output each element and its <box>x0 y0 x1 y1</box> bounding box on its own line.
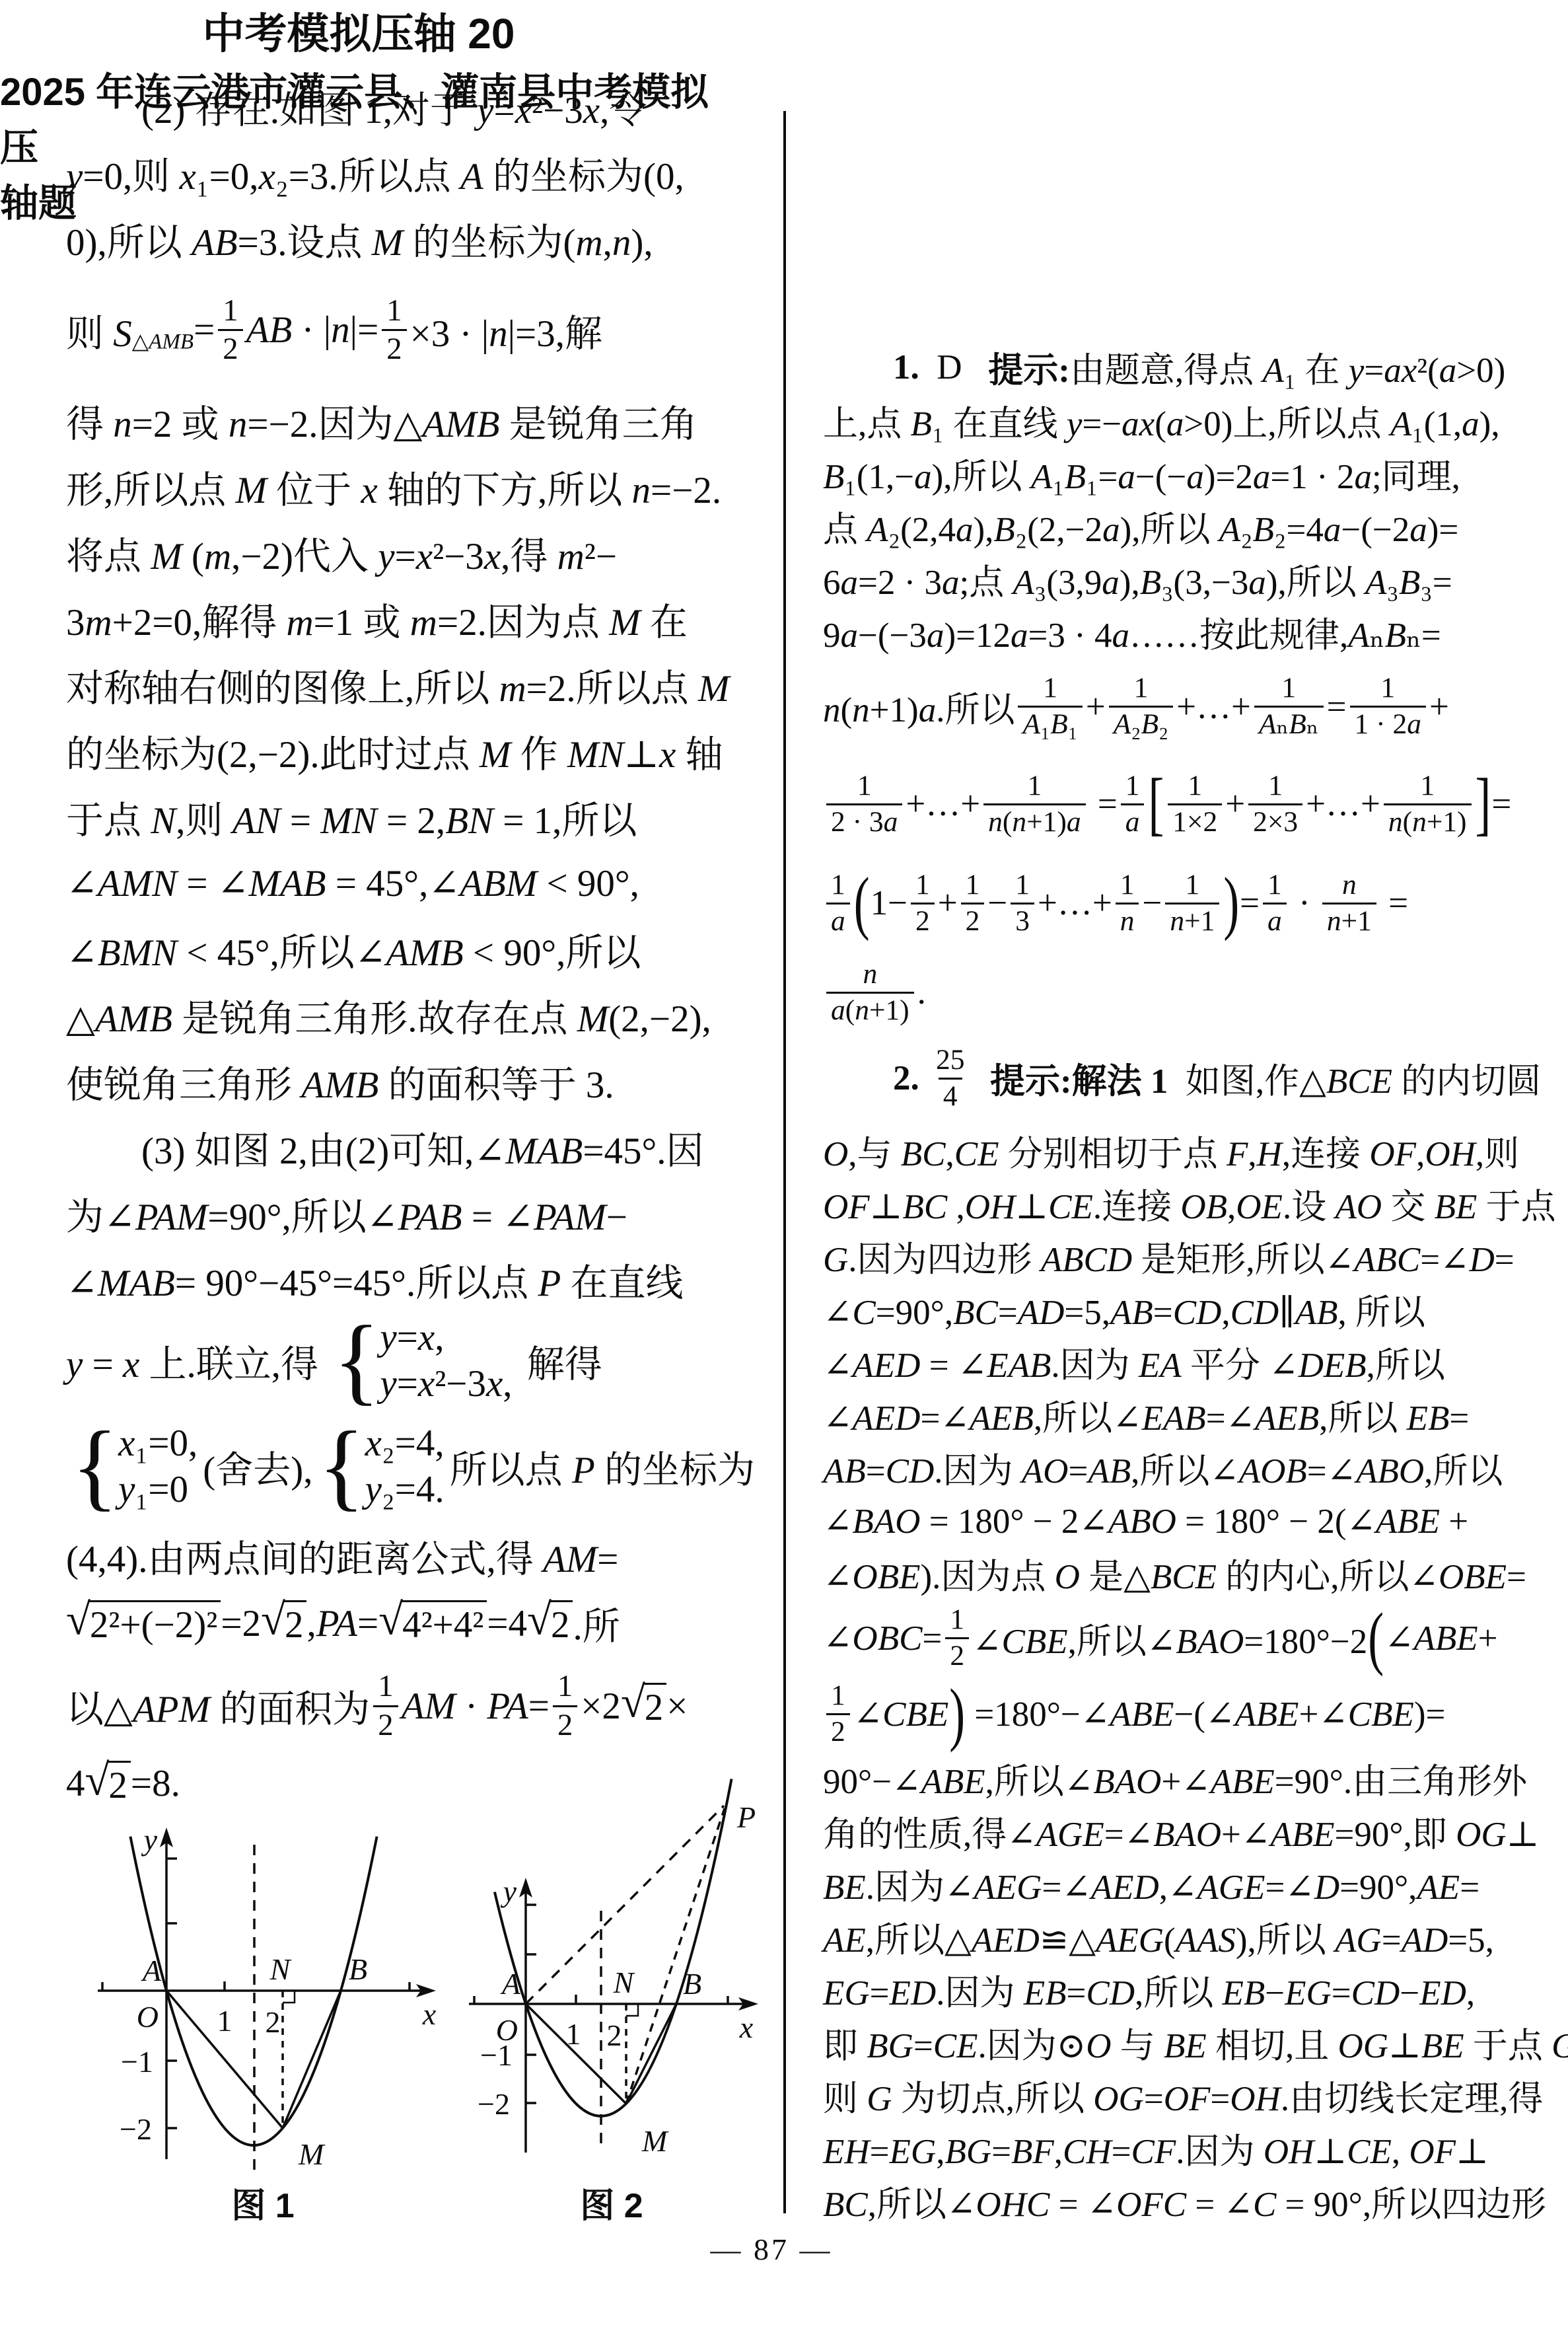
left-col-line-4: 则 S△AMB=12AB · |n|=12×3 · |n|=3,解 <box>66 272 766 388</box>
left-col-line-13: ∠BMN < 45°,所以∠AMB < 90°,所以 <box>66 916 766 982</box>
fig1-label-1: 1 <box>217 2004 232 2038</box>
page-number: — 87 — <box>692 2232 851 2267</box>
fig2-label-B: B <box>683 1967 701 2001</box>
fig1-label-x: x <box>422 1997 437 2031</box>
right-col-line-26: AE,所以△AED≌△AEG(AAS),所以 AG=AD=5, <box>823 1911 1540 1964</box>
right-col-line-8: 12 · 3a+…+1n(n+1)a =1a[11×2+12×3+…+1n(n+… <box>823 755 1540 854</box>
right-col-line-3: B₁(1,−a),所以 A₁B₁=a−(−a)=2a=1 · 2a;同理, <box>823 447 1540 500</box>
fig1-label-N: N <box>269 1952 292 1986</box>
fig1-chord-MB <box>283 1991 341 2128</box>
right-col-line-16: ∠AED = ∠EAB.因为 EA 平分 ∠DEB,所以 <box>823 1336 1540 1389</box>
right-col-line-29: 则 G 为切点,所以 OG=OF=OH.由切线长定理,得 <box>823 2069 1540 2122</box>
fig1-label-A: A <box>141 1954 162 1987</box>
left-col-line-1: (2) 存在.如图 1,对于 y=x²−3x,令 <box>66 74 766 140</box>
left-col-line-10: 的坐标为(2,−2).此时过点 M 作 MN⊥x 轴 <box>66 718 766 784</box>
right-col-line-4: 点 A₂(2,4a),B₂(2,−2a),所以 A₂B₂=4a−(−2a)= <box>823 500 1540 553</box>
fig2-label-x: x <box>739 2011 754 2044</box>
left-col-line-8: 3m+2=0,解得 m=1 或 m=2.因为点 M 在 <box>66 586 766 652</box>
figure-2-caption: 图 2 <box>539 2178 684 2227</box>
fig2-label-N: N <box>613 1966 635 1999</box>
left-col-line-20: {x₁=0,y₁=0(舍去),{x₂=4,y₂=4.所以点 P 的坐标为 <box>66 1409 766 1524</box>
left-col-line-7: 将点 M (m,−2)代入 y=x²−3x,得 m²− <box>66 520 766 586</box>
fig1-label-B: B <box>349 1952 367 1986</box>
fig1-label-O: O <box>137 2000 159 2034</box>
right-col-line-18: AB=CD.因为 AO=AB,所以∠AOB=∠ABO,所以 <box>823 1442 1540 1495</box>
section-title: 中考模拟压轴 20 <box>0 0 717 61</box>
right-col-line-14: G.因为四边形 ABCD 是矩形,所以∠ABC=∠D= <box>823 1230 1540 1283</box>
left-col-line-3: 0),所以 AB=3.设点 M 的坐标为(m,n), <box>66 206 766 272</box>
fig2-label-A: A <box>500 1967 521 2001</box>
left-col-line-18: ∠MAB= 90°−45°=45°.所以点 P 在直线 <box>66 1247 766 1313</box>
fig1-label-M: M <box>298 2137 326 2171</box>
left-col-line-11: 于点 N,则 AN = MN = 2,BN = 1,所以 <box>66 784 766 850</box>
right-solution-column: 1. D 提示:由题意,得点 A₁ 在 y=ax²(a>0)上,点 B₁ 在直线… <box>823 340 1540 2228</box>
left-col-line-12: ∠AMN = ∠MAB = 45°,∠ABM < 90°, <box>66 850 766 916</box>
left-col-line-2: y=0,则 x₁=0,x₂=3.所以点 A 的坐标为(0, <box>66 140 766 206</box>
fig2-label-M: M <box>641 2124 669 2158</box>
right-col-line-25: BE.因为∠AEG=∠AED,∠AGE=∠D=90°,AE= <box>823 1858 1540 1911</box>
fig2-parabola-curve <box>495 1779 732 2116</box>
right-col-line-22: 12∠CBE) =180°−∠ABE−(∠ABE+∠CBE)= <box>823 1676 1540 1752</box>
left-col-line-14: △AMB 是锐角三角形.故存在点 M(2,−2), <box>66 982 766 1049</box>
right-col-line-27: EG=ED.因为 EB=CD,所以 EB−EG=CD−ED, <box>823 1964 1540 2016</box>
right-col-line-17: ∠AED=∠AEB,所以∠EAB=∠AEB,所以 EB= <box>823 1389 1540 1442</box>
left-solution-column: (2) 存在.如图 1,对于 y=x²−3x,令y=0,则 x₁=0,x₂=3.… <box>66 74 766 1815</box>
fig2-label-y: y <box>501 1874 517 1908</box>
right-col-line-19: ∠BAO = 180° − 2∠ABO = 180° − 2(∠ABE + <box>823 1495 1540 1547</box>
right-col-line-2: 上,点 B₁ 在直线 y=−ax(a>0)上,所以点 A₁(1,a), <box>823 394 1540 447</box>
left-col-line-9: 对称轴右侧的图像上,所以 m=2.所以点 M <box>66 652 766 718</box>
left-col-line-21: (4,4).由两点间的距离公式,得 AM= <box>66 1524 766 1587</box>
left-col-line-5: 得 n=2 或 n=−2.因为△AMB 是锐角三角 <box>66 388 766 454</box>
right-col-line-23: 90°−∠ABE,所以∠BAO+∠ABE=90°.由三角形外 <box>823 1752 1540 1805</box>
left-col-line-16: (3) 如图 2,由(2)可知,∠MAB=45°.因 <box>66 1115 766 1181</box>
left-col-line-22: √2²+(−2)²=2√2,PA=√4²+4²=4√2.所 <box>66 1587 766 1660</box>
right-col-line-1: 1. D 提示:由题意,得点 A₁ 在 y=ax²(a>0) <box>823 340 1540 394</box>
fig1-right-angle-mark <box>283 1991 295 2003</box>
fig1-label-neg1: −1 <box>121 2045 153 2079</box>
right-col-line-15: ∠C=90°,BC=AD=5,AB=CD,CD∥AB, 所以 <box>823 1283 1540 1336</box>
left-col-line-6: 形,所以点 M 位于 x 轴的下方,所以 n=−2. <box>66 454 766 520</box>
figure-1-parabola-graph: y x A O N B M 1 2 −1 −2 <box>86 1777 456 2180</box>
fig1-label-y: y <box>141 1823 158 1857</box>
right-col-line-30: EH=EG,BG=BF,CH=CF.因为 OH⊥CE, OF⊥ <box>823 2122 1540 2175</box>
left-col-line-15: 使锐角三角形 AMB 的面积等于 3. <box>66 1049 766 1115</box>
right-col-line-11: 2. 254 提示:解法 1 如图,作△BCE 的内切圆 <box>823 1032 1540 1125</box>
figure-1-caption: 图 1 <box>190 2178 336 2227</box>
fig2-label-P: P <box>736 1800 756 1834</box>
right-col-line-5: 6a=2 · 3a;点 A₃(3,9a),B₃(3,−3a),所以 A₃B₃= <box>823 553 1540 606</box>
fig1-label-neg2: −2 <box>120 2112 152 2146</box>
fig2-label-1: 1 <box>566 2017 581 2051</box>
right-col-line-13: OF⊥BC ,OH⊥CE.连接 OB,OE.设 AO 交 BE 于点 <box>823 1177 1540 1230</box>
right-col-line-12: O,与 BC,CE 分别相切于点 F,H,连接 OF,OH,则 <box>823 1125 1540 1177</box>
right-col-line-20: ∠OBE).因为点 O 是△BCE 的内心,所以∠OBE= <box>823 1547 1540 1600</box>
left-col-line-19: y = x 上.联立,得 {y=x,y=x²−3x, 解得 <box>66 1313 766 1409</box>
fig2-chord-MB <box>626 2004 676 2104</box>
right-col-line-9: 1a(1−12+12−13+…+1n−1n+1)=1a · nn+1 = <box>823 854 1540 953</box>
fig2-label-neg2: −2 <box>478 2087 510 2121</box>
fig1-label-2: 2 <box>266 2005 281 2039</box>
right-col-line-7: n(n+1)a.所以1A₁B₁+1A₂B₂+…+1AₙBₙ=11 · 2a+ <box>823 659 1540 755</box>
right-col-line-10: na(n+1). <box>823 953 1540 1032</box>
right-col-line-28: 即 BG=CE.因为⊙O 与 BE 相切,且 OG⊥BE 于点 G, <box>823 2016 1540 2069</box>
right-col-line-24: 角的性质,得∠AGE=∠BAO+∠ABE=90°,即 OG⊥ <box>823 1805 1540 1858</box>
fig2-label-neg1: −1 <box>480 2038 513 2072</box>
right-col-line-21: ∠OBC=12∠CBE,所以∠BAO=180°−2(∠ABE+ <box>823 1600 1540 1676</box>
column-divider <box>783 111 786 2213</box>
right-col-line-6: 9a−(−3a)=12a=3 · 4a……按此规律,AₙBₙ= <box>823 606 1540 659</box>
textbook-answer-page: 中考模拟压轴 20 2025 年连云港市灌云县、灌南县中考模拟压 轴题 (2) … <box>0 0 1568 2325</box>
figure-2-parabola-graph: y x A O N B M P 1 2 −1 −2 <box>462 1691 779 2180</box>
fig2-right-angle-mark <box>626 2004 638 2016</box>
right-col-line-31: BC,所以∠OHC = ∠OFC = ∠C = 90°,所以四边形 <box>823 2175 1540 2228</box>
fig2-label-2: 2 <box>607 2018 622 2052</box>
left-col-line-17: 为∠PAM=90°,所以∠PAB = ∠PAM− <box>66 1181 766 1247</box>
